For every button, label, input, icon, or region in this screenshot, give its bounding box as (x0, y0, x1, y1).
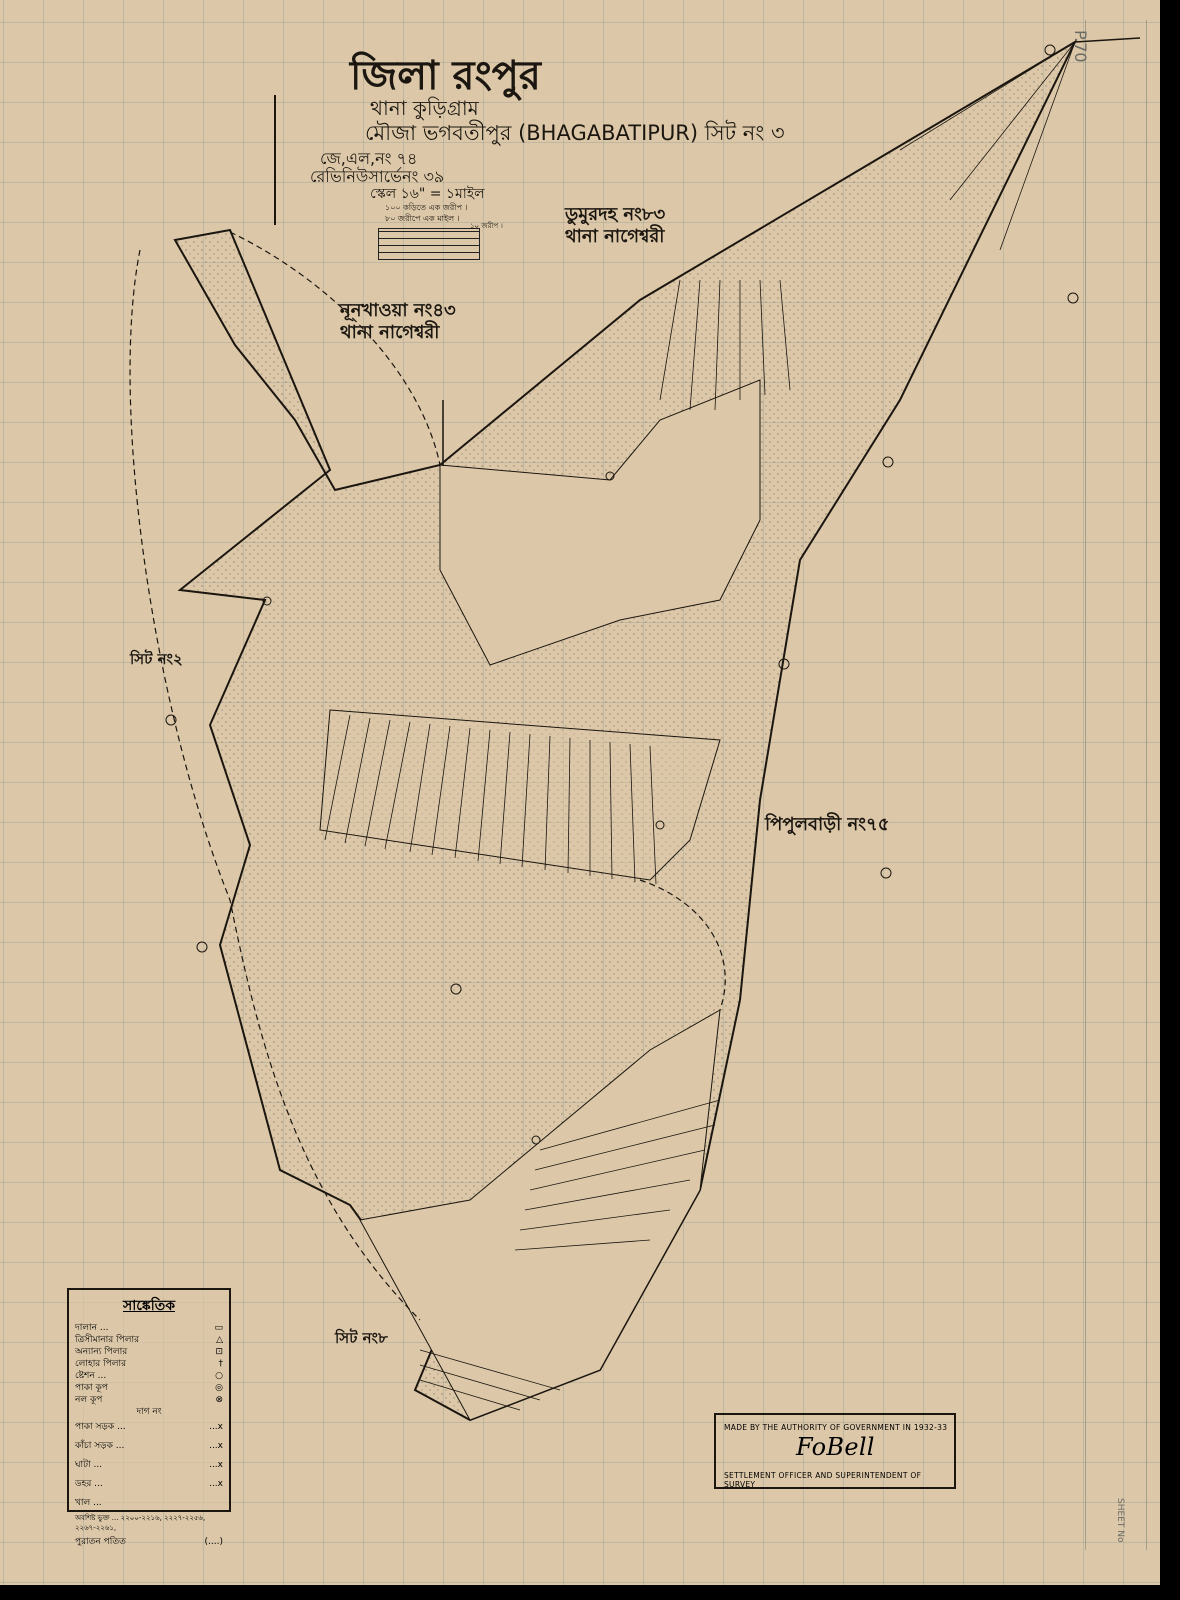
square-dot-icon: ⊡ (215, 1346, 223, 1358)
double-circle-icon: ◎ (215, 1382, 223, 1394)
scale-note-2: ৮০ জরীপে এক মাইল । (385, 213, 459, 226)
circle-icon: ○ (215, 1370, 223, 1382)
legend-item-masonry-well: পাকা কূপ◎ (69, 1382, 229, 1394)
sheet-code: P.70 (1071, 30, 1090, 63)
triangle-icon: △ (216, 1334, 223, 1346)
legend-excluded-plots: অবশিষ্ট ভুক্ত ... ২২০০-২২১৬, ২২২৭-২২৫৬, … (69, 1513, 229, 1533)
legend-item-other-pillar: অন্যান্য পিলার⊡ (69, 1346, 229, 1358)
officer-signature: FoBell (796, 1433, 875, 1461)
legend-item-iron-pillar: লোহার পিলার† (69, 1358, 229, 1370)
fallow-oval-icon: (....) (205, 1533, 223, 1552)
scale-bar (378, 228, 480, 260)
legend-item-metalled-road: পাকা সড়ক ......x (69, 1418, 229, 1437)
adjacent-nunkhawa-thana: থানা নাগেশ্বরী (340, 318, 439, 349)
circled-x-icon: ⊗ (215, 1394, 223, 1406)
legend-box: সাঙ্কেতিক দালান ...▭ ত্রিসীমানার পিলার△ … (67, 1288, 231, 1512)
legend-dag-header: দাগ নং (69, 1406, 229, 1418)
legend-item-old-fallow: পুরাতন পতিত(....) (69, 1533, 229, 1552)
adjacent-pipulbari: পিপুলবাড়ী নং৭৫ (765, 810, 889, 841)
legend-item-canal: খাল ... (69, 1494, 229, 1513)
legend-item-trijunction-pillar: ত্রিসীমানার পিলার△ (69, 1334, 229, 1346)
legend-item-track: ডহর ......x (69, 1475, 229, 1494)
dagger-icon: † (219, 1358, 224, 1370)
building-icon: ▭ (214, 1322, 223, 1334)
sheet-number-label: SHEET No (1115, 1498, 1125, 1542)
legend-item-station: ষ্টেশন ...○ (69, 1370, 229, 1382)
adjacent-sheet-2: সিট নং২ (130, 648, 183, 673)
certification-box: MADE BY THE AUTHORITY OF GOVERNMENT IN 1… (714, 1413, 956, 1489)
legend-item-path: ঘাটা ......x (69, 1456, 229, 1475)
mouza-label: মৌজা ভগবতীপুর (BHAGABATIPUR) সিট নং ৩ (365, 117, 785, 152)
legend-item-tube-well: নল কূপ⊗ (69, 1394, 229, 1406)
adjacent-sheet-8: সিট নং৮ (335, 1327, 388, 1352)
legend-item-unmetalled-road: কাঁচা সড়ক ......x (69, 1437, 229, 1456)
legend-item-building: দালান ...▭ (69, 1322, 229, 1334)
scale-bar-label: ১০ জরীপ । (470, 220, 503, 232)
certification-authority-line: MADE BY THE AUTHORITY OF GOVERNMENT IN 1… (724, 1423, 947, 1432)
adjacent-dumurdaha-thana: থানা নাগেশ্বরী (565, 222, 664, 253)
certification-officer-line: SETTLEMENT OFFICER AND SUPERINTENDENT OF… (724, 1471, 954, 1489)
legend-title: সাঙ্কেতিক (69, 1294, 229, 1318)
